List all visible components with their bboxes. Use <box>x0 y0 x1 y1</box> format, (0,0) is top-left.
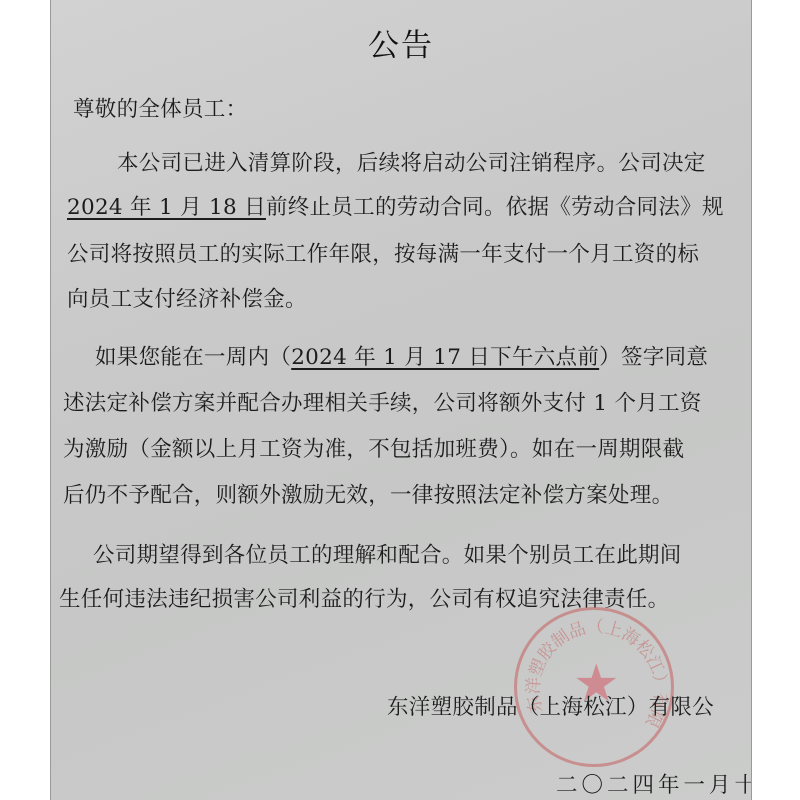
signing-deadline: 2024 年 1 月 17 日下午六点前 <box>291 345 599 370</box>
paragraph1-line3: 公司将按照员工的实际工作年限，按每满一年支付一个月工资的标 <box>67 237 699 268</box>
paragraph1-line2: 2024 年 1 月 18 日前终止员工的劳动合同。依据《劳动合同法》规 <box>67 190 724 221</box>
paragraph2-line2: 述法定补偿方案并配合办理相关手续，公司将额外支付 1 个月工资 <box>63 386 702 417</box>
paragraph2-line1: 如果您能在一周内（2024 年 1 月 17 日下午六点前）签字同意 <box>95 340 708 371</box>
paragraph2-line3: 为激励（金额以上月工资为准，不包括加班费）。如在一周期限截 <box>63 432 684 463</box>
paragraph3-line1: 公司期望得到各位员工的理解和配合。如果个别员工在此期间 <box>93 538 682 569</box>
notice-paper: 公告 尊敬的全体员工： 本公司已进入清算阶段，后续将启动公司注销程序。公司决定 … <box>50 0 752 800</box>
paragraph1-line4: 向员工支付经济补偿金。 <box>67 282 307 313</box>
paragraph2-line1-pre: 如果您能在一周内（ <box>95 345 291 370</box>
paragraph2-line4: 后仍不予配合，则额外激励无效，一律按照法定补偿方案处理。 <box>63 478 673 509</box>
company-seal: 东洋塑胶制品（上海松江）有限公司 ★ <box>514 607 674 767</box>
notice-title: 公告 <box>51 20 751 65</box>
paragraph1-line2-rest: 前终止员工的劳动合同。依据《劳动合同法》规 <box>266 195 724 220</box>
paragraph2-line1-post: ）签字同意 <box>599 345 708 370</box>
company-signature: 东洋塑胶制品（上海松江）有限公 <box>387 690 714 721</box>
salutation: 尊敬的全体员工： <box>73 92 247 123</box>
termination-date: 2024 年 1 月 18 日 <box>67 195 266 220</box>
notice-date: 二〇二四年一月十 <box>556 768 752 799</box>
paragraph1-line1: 本公司已进入清算阶段，后续将启动公司注销程序。公司决定 <box>117 146 706 177</box>
